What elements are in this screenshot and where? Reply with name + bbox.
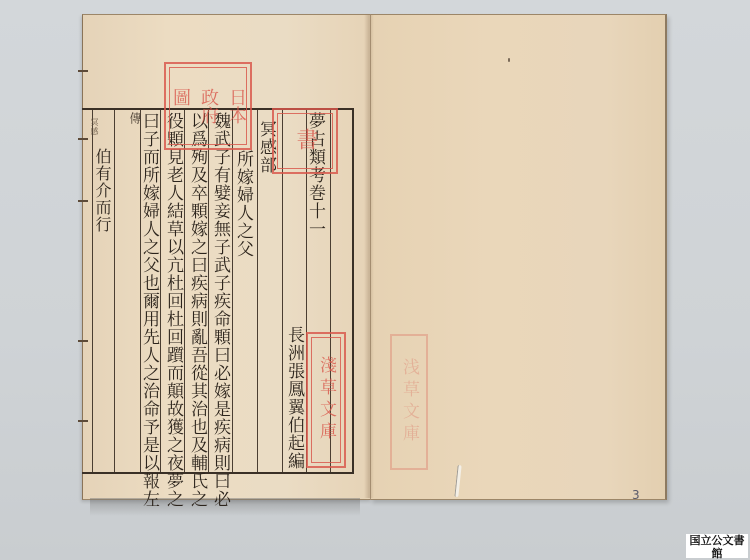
paper-mark xyxy=(508,58,510,62)
entry-heading: 所嫁婦人之父 xyxy=(233,150,253,258)
asakusa-bunko-seal: 淺草文庫 xyxy=(306,332,346,468)
body-column-4: 曰子而所嫁婦人之父也爾用先人之治命予是以報左 xyxy=(139,112,159,508)
faded-seal-text: 浅草文庫 xyxy=(399,358,419,446)
fold-label-small: 冥感 xyxy=(84,118,104,136)
seal-border xyxy=(277,113,333,169)
nihon-seifu-toshokan-seal: 圖 政府 日本 xyxy=(164,62,252,150)
column-rule xyxy=(114,110,115,472)
column-rule xyxy=(208,110,209,472)
page-mark: 3 xyxy=(632,488,640,502)
faded-seal-offset: 浅草文庫 xyxy=(390,334,428,470)
national-archives-logo: 国立公文書館 National Archives of Japan xyxy=(686,534,748,558)
body-column-1: 魏武子有嬖妾無子武子疾命顆曰必嫁是疾病則曰必 xyxy=(210,112,230,508)
body-column-3: 役顆見老人結草以亢杜回杜回躓而顛故獲之夜夢之 xyxy=(163,112,183,508)
logo-jp: 国立公文書館 xyxy=(686,534,748,560)
column-rule xyxy=(160,110,161,472)
body-column-2: 以爲殉及卒顆嫁之曰疾病則亂吾從其治也及輔氏之 xyxy=(187,112,207,508)
margin-column: 伯有介而行 xyxy=(92,148,112,233)
author-line: 長洲張鳳翼伯起編 xyxy=(284,326,304,470)
seal-border xyxy=(311,337,341,463)
column-rule xyxy=(184,110,185,472)
seal-border xyxy=(169,67,247,145)
binding-stitch xyxy=(78,70,88,72)
book-gutter xyxy=(364,14,374,498)
ex-library-seal-upper: 書 xyxy=(272,108,338,174)
